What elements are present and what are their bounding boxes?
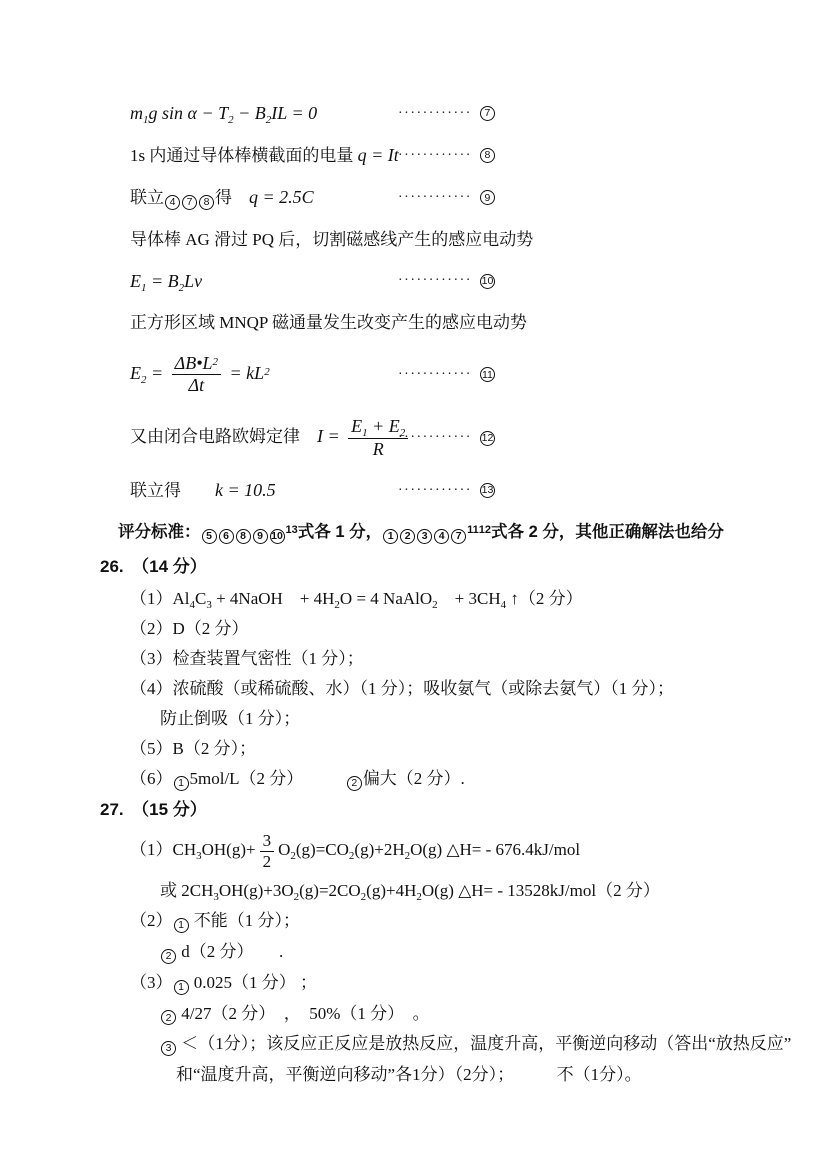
- doc-line: 联立478得 q = 2.5C············9: [0, 186, 826, 210]
- doc-line: 导体棒 AG 滑过 PQ 后，切割磁感线产生的感应电动势: [0, 229, 826, 251]
- circled-number: 8: [480, 148, 495, 163]
- circled-number: 1: [174, 980, 189, 995]
- circled-number: 9: [480, 190, 495, 205]
- doc-line: E2 = ΔB•L2Δt = kL2············11: [0, 353, 826, 397]
- line-text: （2）1 不能（1 分）；: [130, 911, 300, 930]
- line-text: 和“温度升高，平衡逆向移动”各1分）（2分）； 不（1分）。: [176, 1065, 642, 1084]
- question-26-lines: （1）Al4C3 + 4NaOH + 4H2O = 4 NaAlO2 + 3CH…: [0, 588, 826, 791]
- line-text: （6）15mol/L（2 分） 2偏大（2 分）.: [130, 769, 465, 788]
- circled-number: 10: [480, 274, 495, 289]
- line-text: 联立478得 q = 2.5C: [130, 188, 314, 207]
- doc-line: 1s 内通过导体棒横截面的电量 q = It············8: [0, 144, 826, 167]
- physics-solution-lines: m1g sin α − T2 − B2IL = 0············71s…: [0, 102, 826, 502]
- doc-line: m1g sin α − T2 − B2IL = 0············7: [0, 102, 826, 125]
- circled-number: 1: [174, 776, 189, 791]
- line-text: 防止倒吸（1 分）；: [160, 709, 300, 728]
- circled-number: 7: [480, 106, 495, 121]
- circled-number: 11: [480, 367, 495, 382]
- circled-number: 4: [165, 195, 180, 210]
- doc-line: 联立得 k = 10.5············13: [0, 479, 826, 502]
- doc-line: 和“温度升高，平衡逆向移动”各1分）（2分）； 不（1分）。: [0, 1064, 826, 1086]
- dotted-leader: ············: [398, 427, 472, 449]
- circled-number: 7: [451, 529, 466, 544]
- doc-line: 防止倒吸（1 分）；: [0, 708, 826, 730]
- doc-line: （2）D（2 分）: [0, 618, 826, 640]
- dotted-leader: ············: [398, 364, 472, 386]
- doc-line: 或 2CH3OH(g)+3O2(g)=2CO2(g)+4H2O(g) △H= -…: [0, 880, 826, 902]
- doc-line: 评分标准：56891013式各 1 分，123471112式各 2 分，其他正确…: [0, 521, 826, 544]
- circled-number: 2: [400, 529, 415, 544]
- question-26-heading: 26. （14 分）: [0, 556, 826, 578]
- line-text: m1g sin α − T2 − B2IL = 0: [130, 104, 317, 123]
- circled-number: 8: [199, 195, 214, 210]
- circled-number: 8: [236, 529, 251, 544]
- line-text: （4）浓硫酸（或稀硫酸、水）（1 分）；吸收氨气（或除去氨气）（1 分）；: [130, 679, 674, 698]
- line-text: （2）D（2 分）: [130, 619, 249, 638]
- question-27-block: 27. （15 分） （1）CH3OH(g)+32O2(g)=CO2(g)+2H…: [0, 799, 826, 1087]
- equation-ref: ············13: [398, 480, 496, 502]
- question-27-lines: （1）CH3OH(g)+32O2(g)=CO2(g)+2H2O(g) △H= -…: [0, 831, 826, 1087]
- line-text: 1s 内通过导体棒横截面的电量 q = It: [130, 146, 399, 165]
- equation-ref: ············11: [398, 364, 496, 386]
- doc-line: （6）15mol/L（2 分） 2偏大（2 分）.: [0, 768, 826, 791]
- circled-number: 6: [219, 529, 234, 544]
- line-text: E2 = ΔB•L2Δt = kL2: [130, 364, 270, 383]
- circled-number: 5: [202, 529, 217, 544]
- question-27-heading: 27. （15 分）: [0, 799, 826, 821]
- doc-line: （3）检查装置气密性（1 分）；: [0, 648, 826, 670]
- doc-line: 又由闭合电路欧姆定律 I = E1 + E2R············12: [0, 416, 826, 460]
- equation-ref: ············10: [398, 270, 496, 292]
- doc-line: （1）Al4C3 + 4NaOH + 4H2O = 4 NaAlO2 + 3CH…: [0, 588, 826, 610]
- dotted-leader: ············: [398, 480, 472, 502]
- line-text: （1）CH3OH(g)+32O2(g)=CO2(g)+2H2O(g) △H= -…: [130, 840, 580, 859]
- dotted-leader: ············: [398, 145, 472, 167]
- doc-line: 2 4/27（2 分） ， 50%（1 分） 。: [0, 1003, 826, 1026]
- circled-number: 2: [161, 949, 176, 964]
- physics-solution-block: m1g sin α − T2 − B2IL = 0············71s…: [0, 102, 826, 502]
- line-text: 正方形区域 MNQP 磁通量发生改变产生的感应电动势: [130, 313, 527, 332]
- doc-line: 3 ＜（1分）；该反应正反应是放热反应，温度升高，平衡逆向移动（答出“放热反应”: [0, 1033, 826, 1056]
- line-text: 2 d（2 分） .: [160, 942, 283, 961]
- circled-number: 2: [347, 776, 362, 791]
- doc-line: 2 d（2 分） .: [0, 941, 826, 964]
- doc-line: 正方形区域 MNQP 磁通量发生改变产生的感应电动势: [0, 312, 826, 334]
- circled-number: 13: [480, 483, 495, 498]
- doc-line: （4）浓硫酸（或稀硫酸、水）（1 分）；吸收氨气（或除去氨气）（1 分）；: [0, 678, 826, 700]
- doc-line: （1）CH3OH(g)+32O2(g)=CO2(g)+2H2O(g) △H= -…: [0, 831, 826, 873]
- doc-line: E1 = B2Lv············10: [0, 270, 826, 293]
- equation-ref: ············7: [398, 103, 496, 125]
- circled-number: 7: [182, 195, 197, 210]
- fraction: 32: [260, 831, 275, 873]
- circled-number: 3: [417, 529, 432, 544]
- equation-ref: ············12: [398, 427, 496, 449]
- doc-line: （2）1 不能（1 分）；: [0, 910, 826, 933]
- line-text: （1）Al4C3 + 4NaOH + 4H2O = 4 NaAlO2 + 3CH…: [130, 589, 583, 608]
- line-text: （5）B（2 分）；: [130, 739, 256, 758]
- scoring-criteria-lines: 评分标准：56891013式各 1 分，123471112式各 2 分，其他正确…: [0, 521, 826, 544]
- line-text: （3）检查装置气密性（1 分）；: [130, 649, 364, 668]
- circled-number: 9: [253, 529, 268, 544]
- document-page: m1g sin α − T2 − B2IL = 0············71s…: [0, 0, 826, 1169]
- line-text: 3 ＜（1分）；该反应正反应是放热反应，温度升高，平衡逆向移动（答出“放热反应”: [160, 1034, 791, 1053]
- fraction: ΔB•L2Δt: [172, 353, 221, 397]
- doc-line: （3）1 0.025（1 分） ；: [0, 972, 826, 995]
- line-text: 联立得 k = 10.5: [130, 481, 276, 500]
- dotted-leader: ············: [398, 103, 472, 125]
- circled-number: 1: [174, 918, 189, 933]
- dotted-leader: ············: [398, 187, 472, 209]
- equation-ref: ············9: [398, 187, 496, 209]
- scoring-criteria-block: 评分标准：56891013式各 1 分，123471112式各 2 分，其他正确…: [0, 521, 826, 544]
- line-text: 评分标准：56891013式各 1 分，123471112式各 2 分，其他正确…: [118, 523, 724, 541]
- question-26-block: 26. （14 分） （1）Al4C3 + 4NaOH + 4H2O = 4 N…: [0, 556, 826, 791]
- doc-line: （5）B（2 分）；: [0, 738, 826, 760]
- circled-number: 1: [383, 529, 398, 544]
- circled-number: 10: [270, 529, 285, 544]
- line-text: （3）1 0.025（1 分） ；: [130, 973, 317, 992]
- line-text: 导体棒 AG 滑过 PQ 后，切割磁感线产生的感应电动势: [130, 230, 533, 249]
- line-text: 2 4/27（2 分） ， 50%（1 分） 。: [160, 1004, 430, 1023]
- dotted-leader: ············: [398, 270, 472, 292]
- line-text: E1 = B2Lv: [130, 272, 202, 291]
- circled-number: 3: [161, 1041, 176, 1056]
- circled-number: 4: [434, 529, 449, 544]
- line-text: 或 2CH3OH(g)+3O2(g)=2CO2(g)+4H2O(g) △H= -…: [160, 881, 660, 900]
- line-text: 又由闭合电路欧姆定律 I = E1 + E2R: [130, 427, 412, 446]
- equation-ref: ············8: [398, 145, 496, 167]
- circled-number: 12: [480, 431, 495, 446]
- circled-number: 2: [161, 1010, 176, 1025]
